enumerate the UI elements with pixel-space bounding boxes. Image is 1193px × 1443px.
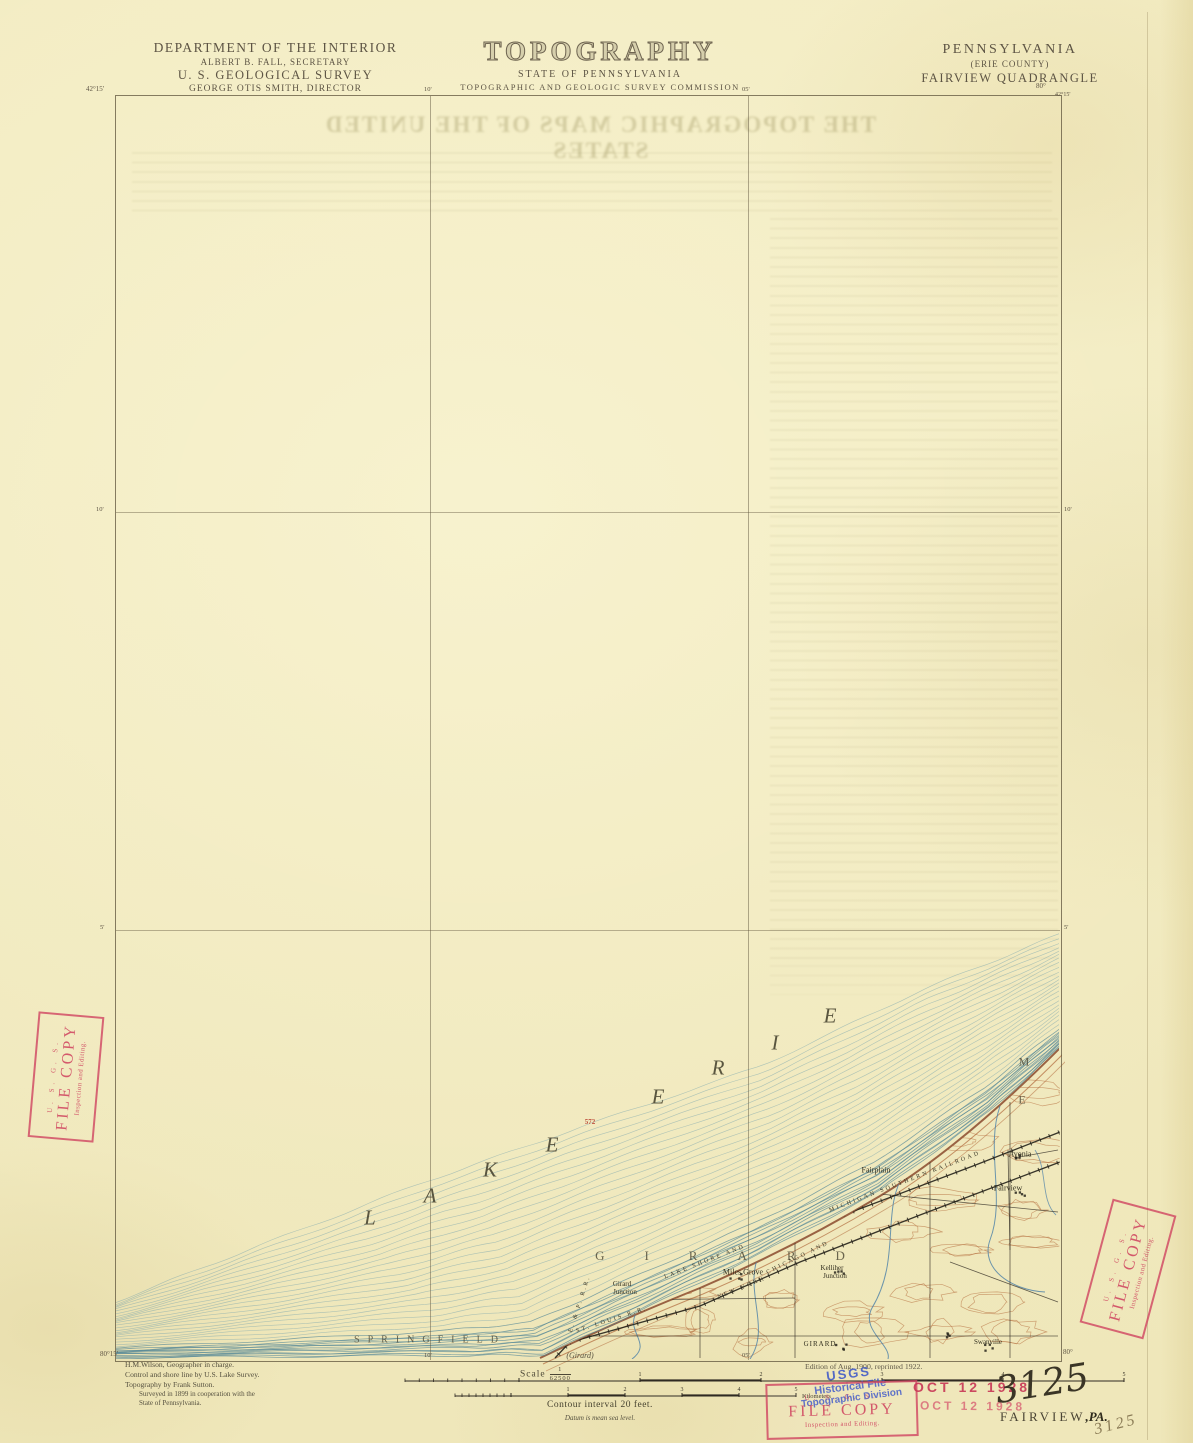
- map-label: K: [483, 1158, 497, 1183]
- credit-line: H.M.Wilson, Geographer in charge.: [125, 1360, 260, 1370]
- map-label: E: [652, 1085, 665, 1110]
- svg-text:5: 5: [1123, 1372, 1126, 1378]
- map-label: SPRINGFIELD: [354, 1335, 506, 1346]
- map-label: Swanville: [974, 1338, 1002, 1346]
- grid-line-horizontal: [116, 930, 1060, 931]
- graticule-tick-label: 10': [96, 506, 104, 513]
- agency-block: DEPARTMENT OF THE INTERIOR ALBERT B. FAL…: [118, 40, 433, 94]
- subtitle-state: STATE OF PENNSYLVANIA: [400, 69, 800, 80]
- title-block: TOPOGRAPHY STATE OF PENNSYLVANIA TOPOGRA…: [400, 36, 800, 92]
- agency-line: GEORGE OTIS SMITH, DIRECTOR: [118, 84, 433, 94]
- subtitle-commission: TOPOGRAPHIC AND GEOLOGIC SURVEY COMMISSI…: [400, 82, 800, 92]
- county-name: (ERIE COUNTY): [860, 59, 1160, 69]
- corner-coordinate: 42°15': [86, 85, 104, 93]
- map-label: L: [364, 1206, 376, 1231]
- map-label: Avonia: [1009, 1150, 1032, 1159]
- map-label: Miles Grove: [723, 1268, 763, 1277]
- map-label: E: [824, 1004, 837, 1029]
- map-label: Kelliher: [821, 1264, 844, 1272]
- sheet-name-annotation: FAIRVIEW,PA.: [1000, 1409, 1108, 1425]
- graticule-tick-label: 10': [424, 1352, 432, 1359]
- map-label: E: [1018, 1093, 1025, 1108]
- map-label: GIRARD: [804, 1340, 837, 1348]
- map-label: E: [546, 1133, 559, 1158]
- graticule-tick-label: 10': [424, 86, 432, 93]
- agency-line: ALBERT B. FALL, SECRETARY: [118, 57, 433, 67]
- corner-coordinate: 80°15': [100, 1350, 118, 1358]
- svg-text:2: 2: [760, 1372, 763, 1378]
- map-label: Fairview: [994, 1184, 1022, 1193]
- map-label: Junction: [823, 1272, 847, 1280]
- quadrangle-block: PENNSYLVANIA (ERIE COUNTY) FAIRVIEW QUAD…: [860, 42, 1160, 86]
- graticule-tick-label: 10': [1064, 506, 1072, 513]
- graticule-tick-label: 05': [742, 1352, 750, 1359]
- graticule-tick-label: 5': [1064, 924, 1068, 931]
- svg-text:1: 1: [567, 1387, 570, 1393]
- map-label: 572: [585, 1118, 596, 1126]
- state-name: PENNSYLVANIA: [860, 42, 1160, 58]
- svg-text:2: 2: [624, 1387, 627, 1393]
- agency-line: U. S. GEOLOGICAL SURVEY: [118, 68, 433, 83]
- scale-statement: Scale162500: [520, 1367, 680, 1382]
- map-label: Junction: [613, 1288, 637, 1296]
- graticule-tick-label: 5': [100, 924, 104, 931]
- scale-word: Scale: [520, 1370, 546, 1380]
- adjacent-sheet-name: (Girard): [530, 1351, 630, 1360]
- file-copy-stamp-left: U. S. G. S. FILE COPY Inspection and Edi…: [28, 1011, 105, 1142]
- credit-line: Topography by Frank Sutton.: [125, 1380, 260, 1390]
- corner-coordinate: 80°: [1063, 1348, 1073, 1356]
- map-label: A: [424, 1184, 437, 1209]
- grid-line-horizontal: [116, 512, 1060, 513]
- credit-line: Control and shore line by U.S. Lake Surv…: [125, 1370, 260, 1380]
- contour-interval-note: Contour interval 20 feet.: [440, 1400, 760, 1410]
- map-label: Girard: [613, 1280, 631, 1288]
- corner-coordinate: 80°: [1036, 82, 1046, 90]
- quadrangle-name: FAIRVIEW QUADRANGLE: [860, 71, 1160, 86]
- agency-line: DEPARTMENT OF THE INTERIOR: [118, 40, 433, 56]
- svg-text:4: 4: [738, 1387, 741, 1393]
- scale-denominator: 62500: [550, 1374, 571, 1383]
- map-label: M: [1019, 1055, 1030, 1070]
- datum-note: Datum is mean sea level.: [440, 1414, 760, 1422]
- grid-line-vertical: [748, 96, 749, 1360]
- map-label: R: [712, 1056, 725, 1081]
- scale-fraction: 162500: [550, 1367, 571, 1382]
- map-label: Fairplain: [862, 1166, 891, 1175]
- svg-text:3: 3: [681, 1387, 684, 1393]
- corner-coordinate: 42°15': [1055, 92, 1070, 98]
- grid-line-vertical: [430, 96, 431, 1360]
- file-copy-stamp: U. S. G. S. FILE COPY Inspection and Edi…: [765, 1380, 918, 1440]
- graticule-tick-label: 05': [742, 86, 750, 93]
- map-label: I: [772, 1031, 779, 1056]
- credits-block: H.M.Wilson, Geographer in charge. Contro…: [125, 1360, 260, 1408]
- sheet-name-text: FAIRVIEW: [1000, 1409, 1086, 1424]
- credit-line: State of Pennsylvania.: [139, 1399, 260, 1408]
- map-series-title: TOPOGRAPHY: [400, 36, 800, 67]
- credit-line: Surveyed in 1899 in cooperation with the: [139, 1390, 260, 1399]
